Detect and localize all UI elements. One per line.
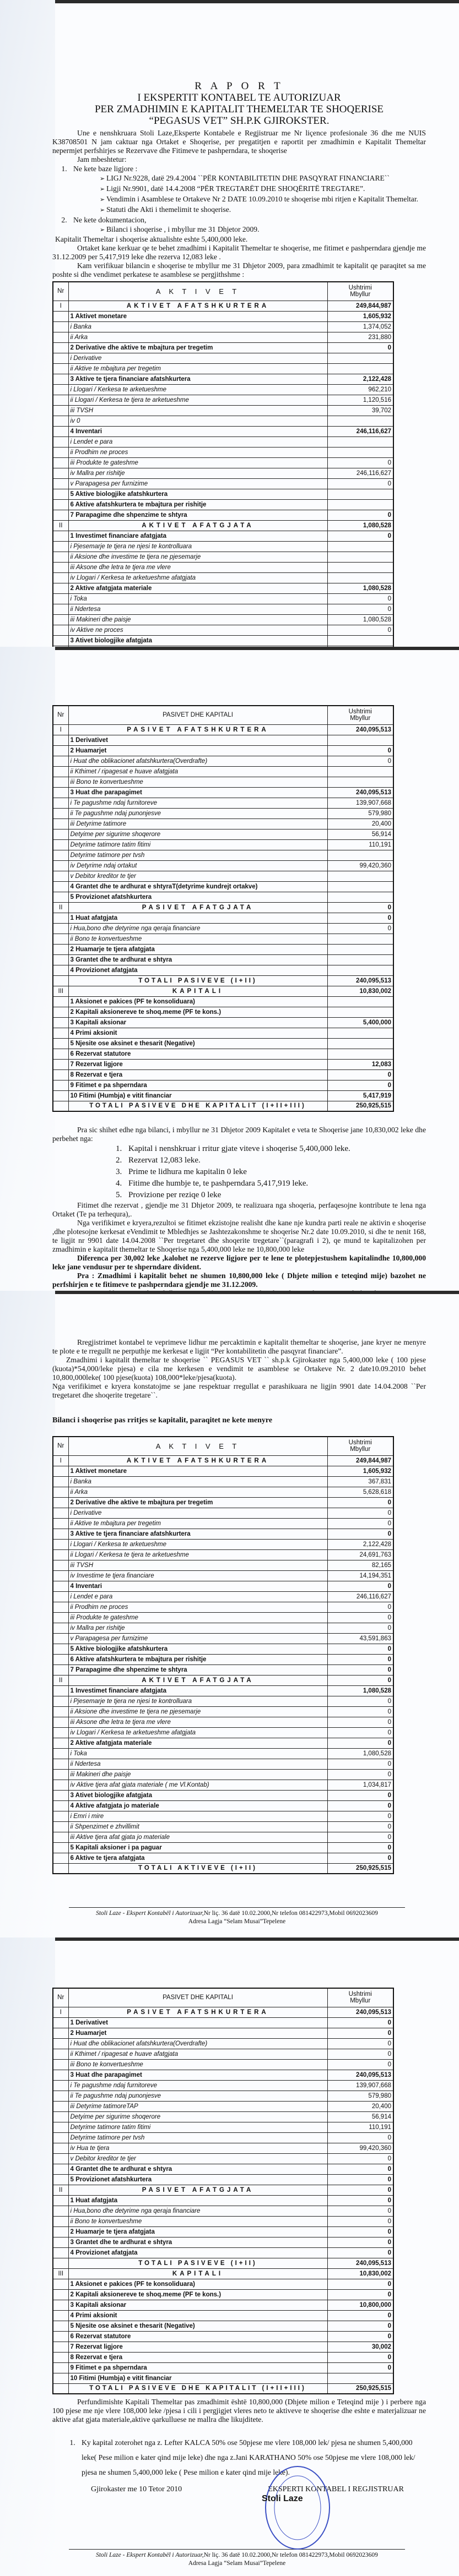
- table-row: 9 Fitimet e pa shperndara0: [53, 1080, 393, 1090]
- table-row: Detyime per sigurime shoqerore56,914: [53, 2111, 393, 2122]
- table-row: iv Aktive ne proces0: [53, 625, 393, 635]
- row-value: 962,210: [327, 384, 393, 395]
- row-label: ii Shpenzimet e zhvillimit: [68, 1821, 327, 1832]
- legal-basis-item: Ne kete baze ligjore : LIGJ Nr.9228, dat…: [69, 164, 426, 215]
- stamp-area: Stoli Laze: [52, 2494, 426, 2544]
- row-label: iv Mallra per rishitje: [68, 468, 327, 478]
- row-label: ii Kthimet / ripagesat e huave afatgjata: [68, 766, 327, 777]
- table-row: i Pjesemarje te tjera ne njesi te kontro…: [53, 1696, 393, 1706]
- table-row: 2 Huamarjet0: [53, 745, 393, 756]
- row-value: 30,002: [327, 2342, 393, 2352]
- row-label: 6 Rezervat statutore: [68, 2331, 327, 2342]
- row-value: 2,122,428: [327, 374, 393, 384]
- row-value: 1,080,528: [327, 614, 393, 625]
- table-row: 1 Aksionet e pakices (PF te konsoliduara…: [53, 2279, 393, 2289]
- row-value: 249,844,987: [327, 301, 393, 311]
- row-label: i Banka: [68, 321, 327, 332]
- row-value: 1,080,528: [327, 1685, 393, 1696]
- row-label: 4 Inventari: [68, 1581, 327, 1591]
- row-label: 6 Aktive afatshkurtera te mbajtura per r…: [68, 499, 327, 510]
- row-value: [327, 892, 393, 902]
- page-1: R A P O R T I EKSPERTIT KONTABEL TE AUTO…: [0, 0, 459, 647]
- table-row: v Parapagesa per furnizime43,591,863: [53, 1633, 393, 1644]
- table-row: i Pjesemarje te tjera ne njesi te kontro…: [53, 541, 393, 552]
- row-value: 231,880: [327, 332, 393, 342]
- table-row: 5 Njesite ose aksinet e thesarit (Negati…: [53, 2321, 393, 2331]
- row-label: AKTIVET AFATSHKURTERA: [68, 301, 327, 311]
- row-label: iii Aksone dhe letra te tjera me vlere: [68, 562, 327, 572]
- table-row: 2 Kapitali aksionereve te shoq.meme (PF …: [53, 1007, 393, 1017]
- row-label: 4 Grantet dhe te ardhurat e shtyra: [68, 2164, 327, 2174]
- row-label: v Parapagesa per furnizime: [68, 1633, 327, 1644]
- table-row: 5 Aktive biologjike afatshkurtera0: [53, 1644, 393, 1654]
- stamp-icon: [262, 2464, 333, 2552]
- table-row: iii Detyrime tatimore20,400: [53, 818, 393, 829]
- row-label: Detyime per sigurime shoqerore: [68, 829, 327, 839]
- row-value: 0: [327, 2028, 393, 2038]
- row-value: [327, 1007, 393, 1017]
- row-value: 0: [327, 1529, 393, 1539]
- table-row: iv Mallra per rishitje0: [53, 1623, 393, 1633]
- row-value: 0: [327, 1612, 393, 1623]
- table-row: ii Bono te konvertueshme: [53, 934, 393, 944]
- table-row: 1 Huat afatgjata0: [53, 913, 393, 923]
- row-label: 1 Derivativet: [68, 2017, 327, 2028]
- table-row: iii Aksone dhe letra te tjera me vlere: [53, 562, 393, 572]
- table-row: 6 Aktive afatshkurtera te mbajtura per r…: [53, 499, 393, 510]
- row-value: 0: [327, 745, 393, 756]
- row-label: 9 Fitimet e pa shperndara: [68, 2362, 327, 2373]
- row-value: 110,191: [327, 839, 393, 850]
- row-value: 56,914: [327, 829, 393, 839]
- row-label: 2 Aktive afatgjata materiale: [68, 1738, 327, 1748]
- row-label: 2 Huamarjet: [68, 745, 327, 756]
- table-row: 7 Rezervat ligjore12,083: [53, 1059, 393, 1069]
- row-label: 2 Huamarje te tjera afatgjata: [68, 944, 327, 954]
- table-row: i Lendet e para: [53, 436, 393, 447]
- row-label: iii Produkte te gateshme: [68, 1612, 327, 1623]
- table-row: 1 Derivativet0: [53, 2017, 393, 2028]
- row-label: i Derivative: [68, 353, 327, 363]
- row-label: ii Prodhim ne proces: [68, 447, 327, 457]
- row-value: 240,095,513: [327, 787, 393, 798]
- row-value: 0: [327, 604, 393, 614]
- row-label: iii TVSH: [68, 1560, 327, 1570]
- table-row: IIIKAPITALI10,830,002: [53, 2268, 393, 2279]
- row-label: iii TVSH: [68, 405, 327, 416]
- balance-assets-after: Nr A K T I V E T UshtrimiMbyllur IAKTIVE…: [52, 1436, 394, 1874]
- row-value: 0: [327, 923, 393, 934]
- table-row: 3 Kapitali aksionar10,800,000: [53, 2300, 393, 2310]
- row-value: 1,080,528: [327, 583, 393, 593]
- row-value: 0: [327, 2247, 393, 2258]
- row-label: i Pjesemarje te tjera ne njesi te kontro…: [68, 1696, 327, 1706]
- row-value: 10,830,002: [327, 2268, 393, 2279]
- row-label: PASIVET AFATGJATA: [68, 2185, 327, 2195]
- table-row: 2 Aktive afatgjata materiale0: [53, 1738, 393, 1748]
- row-value: [327, 871, 393, 881]
- table-row: iv 0: [53, 416, 393, 426]
- row-value: 24,691,763: [327, 1549, 393, 1560]
- row-label: 4 Primi aksionit: [68, 1028, 327, 1038]
- row-label: iv Llogari / Kerkesa te arketueshme afat…: [68, 1727, 327, 1738]
- row-label: 3 Ativet biologjike afatgjata: [68, 1790, 327, 1800]
- row-value: [327, 541, 393, 552]
- row-label: 7 Rezervat ligjore: [68, 2342, 327, 2352]
- table-row: 2 Huamarje te tjera afatgjata: [53, 944, 393, 954]
- row-label: i Pjesemarje te tjera ne njesi te kontro…: [68, 541, 327, 552]
- row-value: [327, 436, 393, 447]
- table-row: 2 Huamarje te tjera afatgjata0: [53, 2226, 393, 2237]
- table-row: IAKTIVET AFATSHKURTERA249,844,987: [53, 1455, 393, 1466]
- row-value: 0: [327, 1623, 393, 1633]
- row-label: 7 Rezervat ligjore: [68, 1059, 327, 1069]
- page-4: Nr PASIVET DHE KAPITALI UshtrimiMbyllur …: [0, 1938, 459, 2576]
- row-label: 3 Grantet dhe te ardhurat e shtyra: [68, 2237, 327, 2247]
- row-value: 0: [327, 1769, 393, 1780]
- table-row: 6 Aktive te tjera afatgjata0: [53, 1853, 393, 1863]
- row-label: 6 Aktive afatshkurtera te mbajtura per r…: [68, 1654, 327, 1664]
- table-row: 4 Inventari0: [53, 1581, 393, 1591]
- row-value: 367,831: [327, 1476, 393, 1487]
- row-label: ii Kthimet / ripagesat e huave afatgjata: [68, 2049, 327, 2059]
- row-label: i Banka: [68, 1476, 327, 1487]
- table-row: iv Llogari / Kerkesa te arketueshme afat…: [53, 1727, 393, 1738]
- row-value: 0: [327, 1790, 393, 1800]
- row-label: Detyrime tatimore per tvsh: [68, 850, 327, 860]
- table-row: 1 Derivativet: [53, 735, 393, 745]
- row-value: 1,120,516: [327, 395, 393, 405]
- page-3: Rregjistrimet kontabel te veprimeve lidh…: [0, 1291, 459, 1938]
- row-label: 3 Ativet biologjike afatgjata: [68, 635, 327, 646]
- table-row: 5 Provizionet afatshkurtera0: [53, 2174, 393, 2185]
- section-heading: Bilanci i shoqerise pas rritjes se kapit…: [52, 1416, 426, 1425]
- row-value: 0: [327, 2059, 393, 2070]
- row-value: 0: [327, 1664, 393, 1675]
- row-label: ii Aktive te mbajtura per tregetim: [68, 1518, 327, 1529]
- table-row: iii Detyrime tatimoreTAP20,400: [53, 2101, 393, 2111]
- table-row: i Derivative: [53, 353, 393, 363]
- table-row: iv Llogari / Kerkesa te arketueshme afat…: [53, 572, 393, 583]
- table-row: Detyrime tatimore per tvsh0: [53, 2132, 393, 2143]
- row-value: [327, 777, 393, 787]
- table-row: ii Arka231,880: [53, 332, 393, 342]
- row-label: 5 Kapitali aksioner i pa paguar: [68, 1842, 327, 1853]
- row-value: 240,095,513: [327, 2007, 393, 2017]
- table-row: 3 Huat dhe parapagimet240,095,513: [53, 2070, 393, 2080]
- table-row: 4 Provizionet afatgjata: [53, 965, 393, 975]
- table-row: Detyrime tatimore tatim fitimi110,191: [53, 839, 393, 850]
- row-value: [327, 766, 393, 777]
- row-value: 99,420,360: [327, 860, 393, 871]
- row-value: 0: [327, 1696, 393, 1706]
- table-row: 3 Huat dhe parapagimet240,095,513: [53, 787, 393, 798]
- row-label: i Te pagushme ndaj furnitoreve: [68, 798, 327, 808]
- report-title: R A P O R T I EKSPERTIT KONTABEL TE AUTO…: [52, 80, 426, 127]
- row-label: iv Aktive tjera afat gjata materiale ( m…: [68, 1780, 327, 1790]
- basis-list: Ne kete baze ligjore : LIGJ Nr.9228, dat…: [69, 164, 426, 235]
- row-value: 2,122,428: [327, 1539, 393, 1549]
- row-label: Detyrime tatimore per tvsh: [68, 2132, 327, 2143]
- row-label: ii Prodhim ne proces: [68, 1602, 327, 1612]
- row-value: 240,095,513: [327, 2258, 393, 2268]
- table-row: iii Bono te konvertueshme0: [53, 2059, 393, 2070]
- row-label: 2 Derivative dhe aktive te mbajtura per …: [68, 342, 327, 353]
- table-row: 5 Aktive biologjike afatshkurtera: [53, 489, 393, 499]
- row-label: 5 Provizionet afatshkurtera: [68, 2174, 327, 2185]
- table-row: v Debitor kreditor te tjer: [53, 871, 393, 881]
- row-value: 1,080,528: [327, 1748, 393, 1759]
- row-value: 20,400: [327, 818, 393, 829]
- table-row: 5 Kapitali aksioner i pa paguar0: [53, 1842, 393, 1853]
- row-value: 0: [327, 2038, 393, 2049]
- table-row: i Te pagushme ndaj furnitoreve139,907,66…: [53, 798, 393, 808]
- table-row: 2 Huamarjet0: [53, 2028, 393, 2038]
- row-label: 3 Kapitali aksionar: [68, 2300, 327, 2310]
- row-value: 0: [327, 531, 393, 541]
- row-label: 3 Huat dhe parapagimet: [68, 787, 327, 798]
- row-label: i Lendet e para: [68, 436, 327, 447]
- row-value: 240,095,513: [327, 975, 393, 986]
- table-row: 1 Huat afatgjata0: [53, 2195, 393, 2206]
- row-label: TOTALI PASIVEVE DHE KAPITALIT (I+II+III): [68, 2383, 327, 2394]
- row-value: 0: [327, 478, 393, 489]
- row-value: 1,605,932: [327, 311, 393, 321]
- row-value: 139,907,668: [327, 2080, 393, 2091]
- table-row: iii Bono te konvertueshme: [53, 777, 393, 787]
- table-row: 1 Investimet financiare afatgjata1,080,5…: [53, 1685, 393, 1696]
- table-row: i Banka367,831: [53, 1476, 393, 1487]
- table-row: i Hua,bono dhe detyrime nga qeraja finan…: [53, 923, 393, 934]
- row-value: 1,374,052: [327, 321, 393, 332]
- row-value: [327, 1038, 393, 1049]
- row-label: 5 Njesite ose aksinet e thesarit (Negati…: [68, 2321, 327, 2331]
- row-label: AKTIVET AFATGJATA: [68, 1675, 327, 1685]
- table-row: i Hua,bono dhe detyrime nga qeraja finan…: [53, 2206, 393, 2216]
- row-label: i Lendet e para: [68, 1591, 327, 1602]
- table-row: iii Aktive tjera afat gjata jo materiale…: [53, 1832, 393, 1842]
- row-label: iii Aktive tjera afat gjata jo materiale: [68, 1832, 327, 1842]
- row-label: iii Bono te konvertueshme: [68, 2059, 327, 2070]
- row-value: [327, 954, 393, 965]
- table-row: i Emri i mire0: [53, 1811, 393, 1821]
- table-row: 3 Grantet dhe te ardhurat e shtyra: [53, 954, 393, 965]
- row-label: ii Aktive te mbajtura per tregetim: [68, 363, 327, 374]
- table-row: 4 Primi aksionit0: [53, 2310, 393, 2321]
- table-row: ii Te pagushme ndaj punonjesve579,980: [53, 808, 393, 818]
- row-label: 4 Provizionet afatgjata: [68, 965, 327, 975]
- table-row: ii Prodhim ne proces: [53, 447, 393, 457]
- row-label: 3 Aktive te tjera financiare afatshkurte…: [68, 374, 327, 384]
- row-value: 240,095,513: [327, 2070, 393, 2080]
- row-value: 0: [327, 2362, 393, 2373]
- row-value: [327, 499, 393, 510]
- row-label: PASIVET AFATSHKURTERA: [68, 724, 327, 735]
- table-row: TOTALI PASIVEVE DHE KAPITALIT (I+II+III)…: [53, 2383, 393, 2394]
- table-row: i Lendet e para246,116,627: [53, 1591, 393, 1602]
- row-label: ii Arka: [68, 332, 327, 342]
- row-value: 1,605,932: [327, 1466, 393, 1476]
- row-value: 0: [327, 756, 393, 766]
- table-row: iii Aksone dhe letra te tjera me vlere0: [53, 1717, 393, 1727]
- place-date: Gjirokaster me 10 Tetor 2010: [91, 2485, 182, 2494]
- table-row: 9 Fitimet e pa shperndara0: [53, 2362, 393, 2373]
- legal-basis-list: LIGJ Nr.9228, datë 29.4.2004 ``PËR KONTA…: [100, 173, 426, 215]
- row-value: 0: [327, 2289, 393, 2300]
- row-label: TOTALI PASIVEVE DHE KAPITALIT (I+II+III): [68, 1101, 327, 1111]
- table-row: 4 Primi aksionit: [53, 1028, 393, 1038]
- table-row: ii Bono te konvertueshme0: [53, 2216, 393, 2226]
- intro-paragraph: Une e nenshkruara Stoli Laze,Eksperte Ko…: [52, 129, 426, 155]
- table-row: 7 Parapagime dhe shpenzime te shtyra0: [53, 510, 393, 520]
- row-value: 0: [327, 2174, 393, 2185]
- row-label: iv Detyrime ndaj ortakut: [68, 860, 327, 871]
- row-label: ii Llogari / Kerkesa te tjera te arketue…: [68, 1549, 327, 1560]
- row-value: [327, 965, 393, 975]
- table-row: 8 Rezervat e tjera0: [53, 2352, 393, 2362]
- signatory-name: Stoli Laze: [262, 2494, 303, 2504]
- row-value: [327, 1028, 393, 1038]
- row-label: 8 Rezervat e tjera: [68, 2352, 327, 2362]
- row-value: 0: [327, 1717, 393, 1727]
- row-label: 1 Aksionet e pakices (PF te konsoliduara…: [68, 2279, 327, 2289]
- row-value: 0: [327, 2185, 393, 2195]
- row-label: KAPITALI: [68, 2268, 327, 2279]
- table-row: 8 Rezervat e tjera0: [53, 1069, 393, 1080]
- row-label: 1 Huat afatgjata: [68, 2195, 327, 2206]
- table-row: IIAKTIVET AFATGJATA0: [53, 1675, 393, 1685]
- row-label: v Parapagesa per furnizime: [68, 478, 327, 489]
- row-label: PASIVET AFATSHKURTERA: [68, 2007, 327, 2017]
- equity-composition-list: Kapital i nenshkruar i rritur gjate vite…: [124, 1143, 426, 1201]
- table-row: 3 Ativet biologjike afatgjata: [53, 635, 393, 646]
- row-label: AKTIVET AFATGJATA: [68, 520, 327, 531]
- row-value: [327, 572, 393, 583]
- row-value: 0: [327, 2226, 393, 2237]
- table-row: iii Produkte te gateshme0: [53, 1612, 393, 1623]
- row-label: 4 Primi aksionit: [68, 2310, 327, 2321]
- table-row: ii Ndertesa0: [53, 604, 393, 614]
- table-row: 3 Aktive te tjera financiare afatshkurte…: [53, 374, 393, 384]
- row-label: iii Detyrime tatimoreTAP: [68, 2101, 327, 2111]
- row-value: 139,907,668: [327, 798, 393, 808]
- row-value: 0: [327, 1654, 393, 1664]
- table-row: 3 Ativet biologjike afatgjata0: [53, 1790, 393, 1800]
- table-row: i Toka1,080,528: [53, 1748, 393, 1759]
- table-row: iii TVSH39,702: [53, 405, 393, 416]
- row-value: 0: [327, 2132, 393, 2143]
- row-value: 0: [327, 2164, 393, 2174]
- row-value: 0: [327, 2206, 393, 2216]
- row-value: [327, 2373, 393, 2383]
- row-value: 0: [327, 2352, 393, 2362]
- row-value: 250,925,515: [327, 2383, 393, 2394]
- row-value: 0: [327, 2153, 393, 2164]
- table-row: i Llogari / Kerkesa te arketueshme2,122,…: [53, 1539, 393, 1549]
- row-label: 2 Derivative dhe aktive te mbajtura per …: [68, 1497, 327, 1508]
- table-row: ii Arka5,628,618: [53, 1487, 393, 1497]
- row-value: 0: [327, 2049, 393, 2059]
- row-label: 4 Aktive afatgjata jo materiale: [68, 1800, 327, 1811]
- row-value: 5,400,000: [327, 1017, 393, 1028]
- row-label: 4 Provizionet afatgjata: [68, 2247, 327, 2258]
- row-label: ii Te pagushme ndaj punonjesve: [68, 808, 327, 818]
- table-row: ii Aksione dhe investime te tjera ne pje…: [53, 1706, 393, 1717]
- row-value: 0: [327, 1800, 393, 1811]
- row-label: 5 Aktive biologjike afatshkurtera: [68, 1644, 327, 1654]
- ownership-list: Ky kapital zoterohet nga z. Lefter KALCA…: [77, 2435, 426, 2480]
- row-value: 0: [327, 1675, 393, 1685]
- table-row: IIIKAPITALI10,830,002: [53, 986, 393, 996]
- table-row: ii Kthimet / ripagesat e huave afatgjata: [53, 766, 393, 777]
- row-value: 12,083: [327, 1059, 393, 1069]
- table-row: IAKTIVET AFATSHKURTERA249,844,987: [53, 301, 393, 311]
- table-row: v Debitor kreditor te tjer0: [53, 2153, 393, 2164]
- row-value: 0: [327, 1518, 393, 1529]
- table-row: TOTALI PASIVEVE DHE KAPITALIT (I+II+III)…: [53, 1101, 393, 1111]
- row-label: v Debitor kreditor te tjer: [68, 2153, 327, 2164]
- row-value: 0: [327, 2279, 393, 2289]
- table-row: 4 Grantet dhe te ardhurat e shtyraT(dety…: [53, 881, 393, 892]
- row-value: 250,925,515: [327, 1863, 393, 1874]
- row-value: 240,095,513: [327, 724, 393, 735]
- row-label: i Hua,bono dhe detyrime nga qeraja finan…: [68, 2206, 327, 2216]
- row-value: 0: [327, 457, 393, 468]
- row-value: [327, 635, 393, 646]
- row-label: 1 Investimet financiare afatgjata: [68, 531, 327, 541]
- row-value: [327, 996, 393, 1007]
- row-value: 0: [327, 1508, 393, 1518]
- row-label: TOTALI PASIVEVE (I+II): [68, 975, 327, 986]
- balance-liabilities-before: Nr PASIVET DHE KAPITALI UshtrimiMbyllur …: [52, 705, 394, 1112]
- table-row: 7 Rezervat ligjore30,002: [53, 2342, 393, 2352]
- row-value: 579,980: [327, 808, 393, 818]
- table-row: ii Aksione dhe investime te tjera ne pje…: [53, 552, 393, 562]
- table-row: IPASIVET AFATSHKURTERA240,095,513: [53, 2007, 393, 2017]
- row-value: 43,591,863: [327, 1633, 393, 1644]
- row-value: 0: [327, 510, 393, 520]
- page-footer: Stoli Laze - Ekspert Kontabël i Autorizu…: [69, 2549, 405, 2568]
- table-row: 3 Kapitali aksionar5,400,000: [53, 1017, 393, 1028]
- row-value: 0: [327, 1821, 393, 1832]
- row-label: AKTIVET AFATSHKURTERA: [68, 1455, 327, 1466]
- row-value: 10,800,000: [327, 2300, 393, 2310]
- table-row: i Llogari / Kerkesa te arketueshme962,21…: [53, 384, 393, 395]
- table-row: ii Prodhim ne proces0: [53, 1602, 393, 1612]
- table-row: 4 Inventari246,116,627: [53, 426, 393, 436]
- row-label: iv Hua te tjera: [68, 2143, 327, 2153]
- row-value: 246,116,627: [327, 468, 393, 478]
- row-label: ii Bono te konvertueshme: [68, 934, 327, 944]
- row-value: 0: [327, 2237, 393, 2247]
- table-row: TOTALI PASIVEVE (I+II)240,095,513: [53, 2258, 393, 2268]
- table-row: 4 Grantet dhe te ardhurat e shtyra0: [53, 2164, 393, 2174]
- row-label: 2 Huamarjet: [68, 2028, 327, 2038]
- row-label: 4 Inventari: [68, 426, 327, 436]
- table-row: i Derivative0: [53, 1508, 393, 1518]
- row-value: 1,034,817: [327, 1780, 393, 1790]
- row-value: 0: [327, 1497, 393, 1508]
- row-label: 2 Aktive afatgjata materiale: [68, 583, 327, 593]
- table-row: iv Hua te tjera99,420,360: [53, 2143, 393, 2153]
- row-label: 3 Aktive te tjera financiare afatshkurte…: [68, 1529, 327, 1539]
- row-value: 0: [327, 1811, 393, 1821]
- row-label: KAPITALI: [68, 986, 327, 996]
- row-label: 5 Njesite ose aksinet e thesarit (Negati…: [68, 1038, 327, 1049]
- row-label: i Derivative: [68, 1508, 327, 1518]
- row-label: 1 Aktivet monetare: [68, 1466, 327, 1476]
- documentation-item: Ne kete dokumentacion, Bilanci i shoqeri…: [69, 215, 426, 235]
